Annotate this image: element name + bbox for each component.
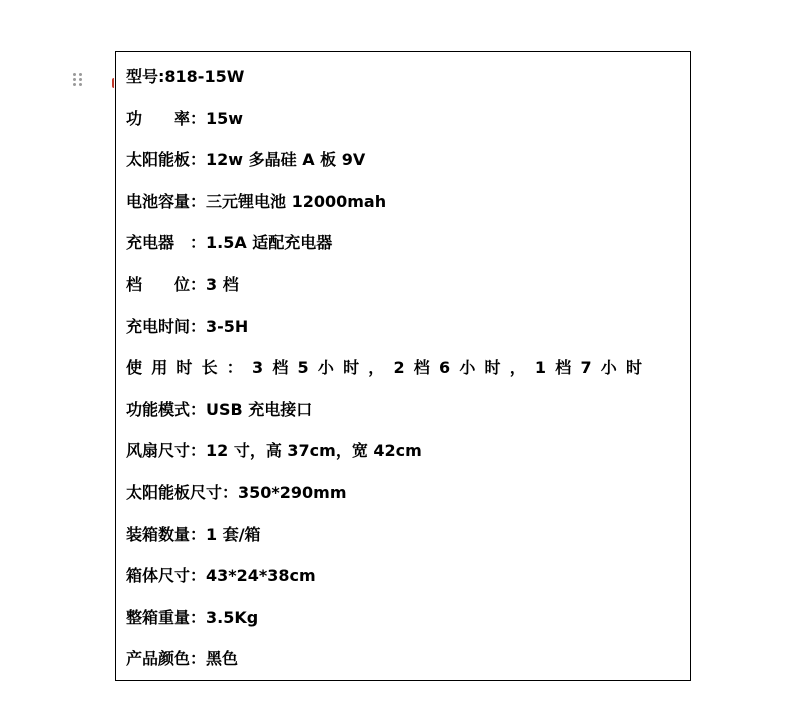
spec-box-size: 箱体尺寸：43*24*38cm [126,563,682,605]
spec-product-color: 产品颜色：黑色 [126,646,682,688]
spec-box-weight: 整箱重量：3.5Kg [126,605,682,647]
spec-fan-size: 风扇尺寸：12 寸，高 37cm，宽 42cm [126,438,682,480]
spec-charger: 充电器 ：1.5A 适配充电器 [126,230,682,272]
drag-handle-icon[interactable] [73,73,83,87]
spec-solar-panel: 太阳能板：12w 多晶硅 A 板 9V [126,147,682,189]
spec-packing-quantity: 装箱数量：1 套/箱 [126,522,682,564]
spec-solar-panel-size: 太阳能板尺寸：350*290mm [126,480,682,522]
spec-usage-duration: 使用时长：3档5小时，2档6小时，1档7小时 [126,355,682,397]
spec-charging-time: 充电时间：3-5H [126,314,682,356]
spec-text-block[interactable]: 型号:818-15W 功 率：15w 太阳能板：12w 多晶硅 A 板 9V 电… [115,51,691,681]
spec-battery-capacity: 电池容量：三元锂电池 12000mah [126,189,682,231]
spec-model: 型号:818-15W [126,64,682,106]
spec-power: 功 率：15w [126,106,682,148]
spec-list: 型号:818-15W 功 率：15w 太阳能板：12w 多晶硅 A 板 9V 电… [126,64,682,688]
spec-gear: 档 位：3 档 [126,272,682,314]
spec-function-mode: 功能模式：USB 充电接口 [126,397,682,439]
